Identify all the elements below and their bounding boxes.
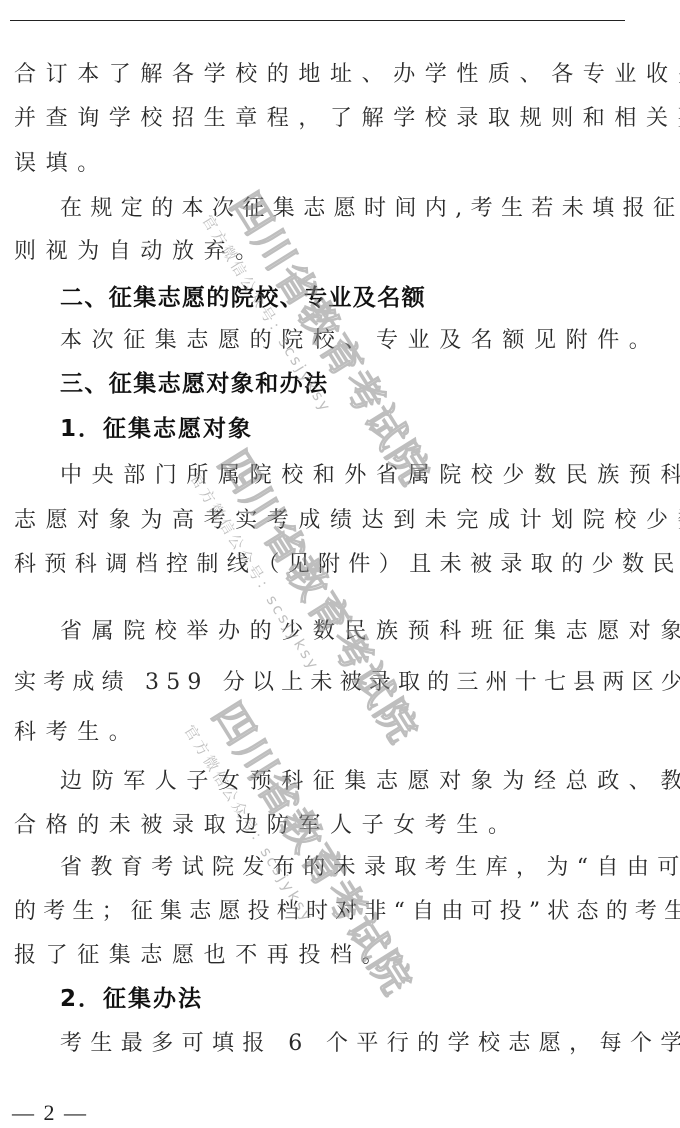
body-line: 边防军人子女预科征集志愿对象为经总政、教育部审定 <box>60 764 680 800</box>
body-line: 考生最多可填报 6 个平行的学校志愿，每个学校志愿内 <box>60 1026 680 1062</box>
body-line: 中央部门所属院校和外省属院校少数民族预科班征集 <box>60 458 680 494</box>
body-line: 省属院校举办的少数民族预科班征集志愿对象为高考 <box>60 614 680 650</box>
body-line: 报了征集志愿也不再投档。 <box>14 938 680 974</box>
page-number: — 2 — <box>12 1100 88 1126</box>
body-line: 实考成绩 359 分以上未被录取的三州十七县两区少数民族理 <box>14 665 680 701</box>
body-line: 科考生。 <box>14 715 680 751</box>
body-line: 合订本了解各学校的地址、办学性质、各专业收费标准等， <box>14 57 680 93</box>
body-line: 误填。 <box>14 146 680 182</box>
body-line: 并查询学校招生章程，了解学校录取规则和相关要求，避免 <box>14 101 680 137</box>
body-line: 本次征集志愿的院校、专业及名额见附件。 <box>60 323 680 359</box>
body-line: 在规定的本次征集志愿时间内,考生若未填报征集志愿， <box>60 191 680 227</box>
body-line: 省教育考试院发布的未录取考生库，为“自由可投”状态 <box>60 850 680 886</box>
body-line: 则视为自动放弃。 <box>14 234 680 270</box>
body-line: 的考生；征集志愿投档时对非“自由可投”状态的考生即使填 <box>14 894 680 930</box>
section-heading-3: 三、征集志愿对象和办法 <box>60 366 680 402</box>
header-rule <box>10 20 625 21</box>
body-line: 合格的未被录取边防军人子女考生。 <box>14 808 680 844</box>
section-heading-2: 二、征集志愿的院校、专业及名额 <box>60 280 680 316</box>
body-line: 科预科调档控制线（见附件）且未被录取的少数民族考生。 <box>14 547 680 583</box>
subsection-heading-1: 1．征集志愿对象 <box>60 411 680 447</box>
body-line: 志愿对象为高考实考成绩达到未完成计划院校少数民族本 <box>14 503 680 539</box>
subsection-heading-2: 2．征集办法 <box>60 981 680 1017</box>
